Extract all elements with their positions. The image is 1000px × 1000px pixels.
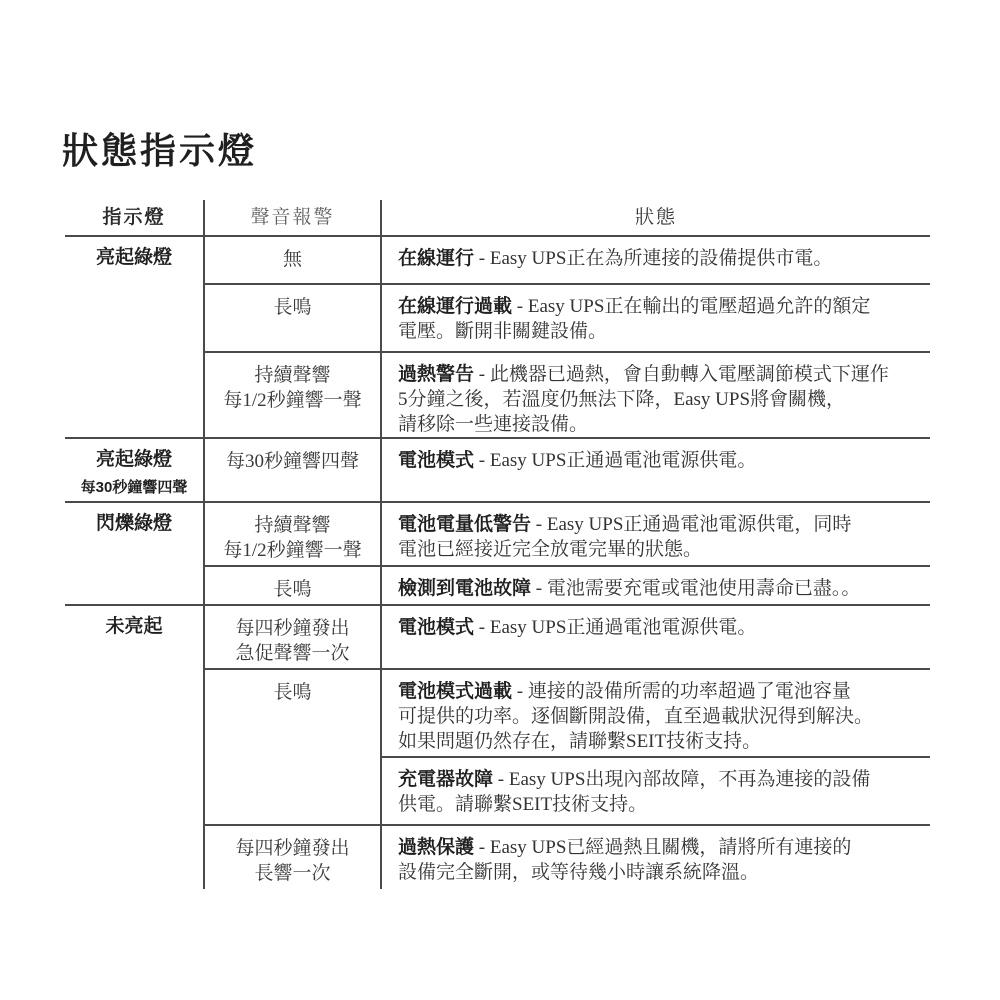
alarm-cell: 長鳴 bbox=[204, 284, 381, 352]
status-cell: 電池模式 - Easy UPS正通過電池電源供電。 bbox=[381, 605, 930, 669]
status-cell: 檢測到電池故障 - 電池需要充電或電池使用壽命已盡。。 bbox=[381, 566, 930, 605]
table-row: 閃爍綠燈 持續聲響 每1/2秒鐘響一聲 電池電量低警告 - Easy UPS正通… bbox=[65, 502, 930, 566]
status-cell: 電池電量低警告 - Easy UPS正通過電池電源供電，同時 電池已經接近完全放… bbox=[381, 502, 930, 566]
status-indicator-table: 指示燈 聲音報警 狀態 亮起綠燈 無 在線運行 - Easy UPS正在為所連接… bbox=[65, 200, 930, 889]
status-name: 充電器故障 bbox=[398, 769, 493, 790]
status-cell: 電池模式過載 - 連接的設備所需的功率超過了電池容量 可提供的功率。逐個斷開設備… bbox=[381, 669, 930, 757]
alarm-label: 持續聲響 bbox=[206, 363, 379, 388]
alarm-label: 長響一次 bbox=[206, 861, 379, 886]
indicator-cell: 未亮起 bbox=[65, 605, 204, 889]
status-desc: - Easy UPS正在為所連接的設備提供市電。 bbox=[474, 248, 832, 269]
header-indicator: 指示燈 bbox=[65, 200, 204, 236]
alarm-cell: 持續聲響 每1/2秒鐘響一聲 bbox=[204, 352, 381, 438]
status-name: 電池模式 bbox=[398, 450, 474, 471]
indicator-label: 亮起綠燈 bbox=[66, 245, 202, 270]
header-status: 狀態 bbox=[381, 200, 930, 236]
alarm-label: 每四秒鐘發出 bbox=[206, 836, 379, 861]
status-desc: - 電池需要充電或電池使用壽命已盡。。 bbox=[531, 578, 860, 599]
status-cell: 在線運行 - Easy UPS正在為所連接的設備提供市電。 bbox=[381, 236, 930, 284]
alarm-cell: 長鳴 bbox=[204, 566, 381, 605]
status-name: 過熱保護 bbox=[398, 837, 474, 858]
header-alarm: 聲音報警 bbox=[204, 200, 381, 236]
alarm-cell: 無 bbox=[204, 236, 381, 284]
alarm-label: 長鳴 bbox=[206, 295, 379, 320]
alarm-label: 長鳴 bbox=[206, 680, 379, 705]
indicator-label: 未亮起 bbox=[66, 614, 202, 639]
status-name: 電池模式 bbox=[398, 617, 474, 638]
status-cell: 過熱保護 - Easy UPS已經過熱且關機，請將所有連接的 設備完全斷開，或等… bbox=[381, 825, 930, 889]
indicator-cell: 閃爍綠燈 bbox=[65, 502, 204, 605]
table-row: 未亮起 每四秒鐘發出 急促聲響一次 電池模式 - Easy UPS正通過電池電源… bbox=[65, 605, 930, 669]
table-row: 亮起綠燈 無 在線運行 - Easy UPS正在為所連接的設備提供市電。 bbox=[65, 236, 930, 284]
alarm-label: 每1/2秒鐘響一聲 bbox=[206, 388, 379, 413]
status-name: 電池電量低警告 bbox=[398, 514, 531, 535]
alarm-cell: 每四秒鐘發出 長響一次 bbox=[204, 825, 381, 889]
alarm-cell: 長鳴 bbox=[204, 669, 381, 825]
status-name: 電池模式過載 bbox=[398, 681, 512, 702]
alarm-label: 長鳴 bbox=[206, 577, 379, 602]
table-header-row: 指示燈 聲音報警 狀態 bbox=[65, 200, 930, 236]
status-name: 檢測到電池故障 bbox=[398, 578, 531, 599]
alarm-label: 每1/2秒鐘響一聲 bbox=[206, 538, 379, 563]
status-name: 在線運行過載 bbox=[398, 296, 512, 317]
alarm-cell: 每四秒鐘發出 急促聲響一次 bbox=[204, 605, 381, 669]
status-cell: 過熱警告 - 此機器已過熱，會自動轉入電壓調節模式下運作 5分鐘之後，若溫度仍無… bbox=[381, 352, 930, 438]
document-page: 狀態指示燈 指示燈 聲音報警 狀態 亮起綠燈 無 在線運行 - Easy UPS… bbox=[0, 0, 1000, 1000]
alarm-label: 無 bbox=[206, 247, 379, 272]
status-cell: 充電器故障 - Easy UPS出現內部故障，不再為連接的設備 供電。請聯繫SE… bbox=[381, 757, 930, 825]
indicator-label: 閃爍綠燈 bbox=[66, 511, 202, 536]
indicator-cell: 亮起綠燈 每30秒鐘響四聲 bbox=[65, 438, 204, 502]
alarm-label: 每四秒鐘發出 bbox=[206, 616, 379, 641]
alarm-cell: 每30秒鐘響四聲 bbox=[204, 438, 381, 502]
alarm-label: 每30秒鐘響四聲 bbox=[206, 449, 379, 474]
status-desc: - Easy UPS正通過電池電源供電。 bbox=[474, 617, 756, 638]
status-cell: 電池模式 - Easy UPS正通過電池電源供電。 bbox=[381, 438, 930, 502]
status-cell: 在線運行過載 - Easy UPS正在輸出的電壓超過允許的額定 電壓。斷開非關鍵… bbox=[381, 284, 930, 352]
indicator-sublabel: 每30秒鐘響四聲 bbox=[66, 475, 202, 500]
page-title: 狀態指示燈 bbox=[62, 131, 1000, 171]
indicator-label: 亮起綠燈 bbox=[66, 447, 202, 472]
alarm-label: 急促聲響一次 bbox=[206, 641, 379, 666]
alarm-cell: 持續聲響 每1/2秒鐘響一聲 bbox=[204, 502, 381, 566]
table-row: 亮起綠燈 每30秒鐘響四聲 每30秒鐘響四聲 電池模式 - Easy UPS正通… bbox=[65, 438, 930, 502]
indicator-cell: 亮起綠燈 bbox=[65, 236, 204, 438]
status-desc: - Easy UPS正通過電池電源供電。 bbox=[474, 450, 756, 471]
status-name: 在線運行 bbox=[398, 248, 474, 269]
alarm-label: 持續聲響 bbox=[206, 513, 379, 538]
status-name: 過熱警告 bbox=[398, 364, 474, 385]
